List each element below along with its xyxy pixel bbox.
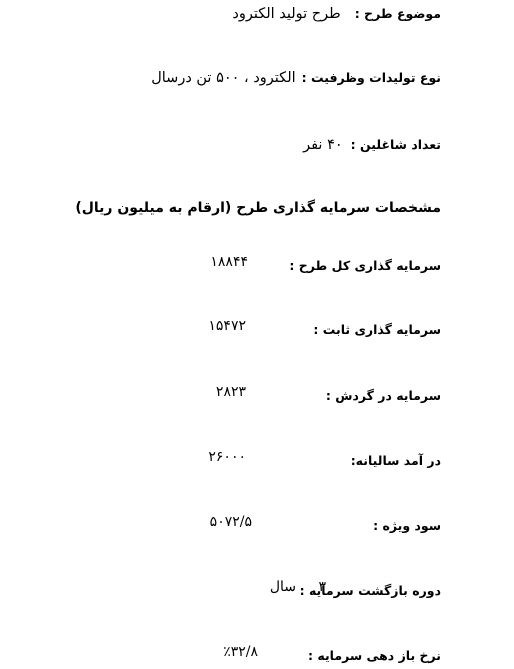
rate-of-return-value: ٪۳۲/۸ xyxy=(223,644,258,660)
annual-revenue-value: ۲۶۰۰۰ xyxy=(208,449,246,465)
project-subject-line: موضوع طرح : طرح تولید الکترود xyxy=(232,6,441,22)
annual-revenue-label: در آمد سالیانه: xyxy=(351,453,441,468)
product-capacity-line: نوع تولیدات وظرفیت : الکترود ، ۵۰۰ تن در… xyxy=(151,70,441,86)
net-profit-label: سود ویژه : xyxy=(373,518,441,533)
product-capacity-label: نوع تولیدات وظرفیت : xyxy=(302,70,441,85)
net-profit-value: ۵۰۷۲/۵ xyxy=(210,514,252,530)
payback-period-value: ۳ xyxy=(318,579,326,595)
rate-of-return-label: نرخ باز دهی سرمایه : xyxy=(308,648,441,663)
project-subject-value: طرح تولید الکترود xyxy=(232,6,340,22)
employees-value: ۴۰ نفر xyxy=(303,137,343,153)
project-subject-label: موضوع طرح : xyxy=(355,6,441,21)
investment-heading: مشخصات سرمایه گذاری طرح (ارقام به میلیون… xyxy=(75,200,441,216)
employees-line: تعداد شاغلین : ۴۰ نفر xyxy=(303,137,441,153)
working-capital-label: سرمایه در گردش : xyxy=(326,388,441,403)
total-investment-value: ۱۸۸۴۴ xyxy=(210,254,248,270)
payback-period-unit: سال xyxy=(270,579,296,595)
fixed-investment-label: سرمایه گذاری ثابت : xyxy=(313,322,441,337)
employees-label: تعداد شاغلین : xyxy=(351,137,441,152)
fixed-investment-value: ۱۵۴۷۲ xyxy=(208,318,246,334)
working-capital-value: ۲۸۲۳ xyxy=(216,384,246,400)
product-capacity-value: الکترود ، ۵۰۰ تن درسال xyxy=(151,70,295,86)
total-investment-label: سرمایه گذاری کل طرح : xyxy=(289,258,441,273)
